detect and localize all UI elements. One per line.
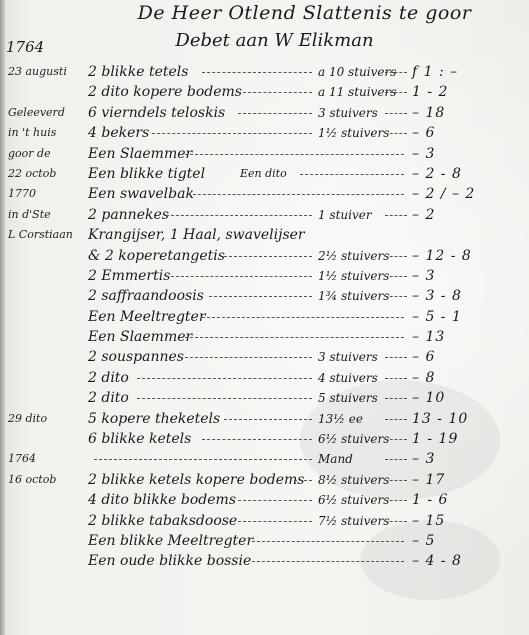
ledger-row: 2 blikke tabaksdoose7½ stuivers– 15 — [0, 511, 529, 531]
leader-dashes — [238, 92, 312, 93]
leader-dashes — [238, 521, 312, 522]
leader-dashes — [385, 133, 407, 134]
item-description: 5 kopere theketels — [88, 409, 220, 429]
item-description: Een oude blikke bossie — [88, 551, 251, 571]
ledger-row: goor deEen Slaemmer– 3 — [0, 144, 529, 164]
leader-dashes — [166, 276, 312, 277]
item-description: 2 Emmertis — [88, 266, 170, 286]
leader-dashes — [385, 398, 407, 399]
item-description: 2 blikke tabaksdoose — [88, 511, 237, 531]
leader-dashes — [385, 357, 407, 358]
margin-note: 1764 — [8, 449, 86, 469]
item-description: 2 pannekes — [88, 205, 169, 225]
leader-dashes — [385, 439, 407, 440]
leader-dashes — [180, 337, 404, 338]
leader-dashes — [385, 378, 407, 379]
margin-note: Geleeverd — [8, 103, 86, 123]
line-amount: – 3 - 8 — [412, 286, 512, 306]
margin-note: goor de — [8, 144, 86, 164]
ledger-row: 29 dito5 kopere theketels13½ ee13 - 10 — [0, 409, 529, 429]
ledger-row: in d'Ste2 pannekes1 stuiver– 2 — [0, 205, 529, 225]
leader-dashes — [385, 92, 407, 93]
item-description: 6 blikke ketels — [88, 429, 191, 449]
leader-dashes — [252, 541, 404, 542]
leader-dashes — [224, 256, 312, 257]
leader-dashes — [385, 113, 407, 114]
item-description: Een Slaemmer — [88, 327, 192, 347]
line-amount: – 2 - 8 — [412, 164, 512, 184]
line-amount: – 3 — [412, 449, 512, 469]
line-amount: – 3 — [412, 266, 512, 286]
leader-dashes — [385, 521, 407, 522]
item-description: Een blikke Meeltregter — [88, 531, 253, 551]
line-amount: – 15 — [412, 511, 512, 531]
item-description: 2 saffraandoosis — [88, 286, 204, 306]
line-amount: 13 - 10 — [412, 409, 512, 429]
ledger-row: 2 dito5 stuivers– 10 — [0, 388, 529, 408]
leader-dashes — [188, 194, 404, 195]
ledger-entries: 23 augusti2 blikke tetelsa 10 stuiversf … — [0, 62, 529, 572]
item-description: Een swavelbak — [88, 184, 194, 204]
leader-dashes — [385, 419, 407, 420]
document-subtitle: Debet aan W Elikman — [10, 30, 529, 51]
leader-dashes — [385, 256, 407, 257]
ledger-row: 2 saffraandoosis1¾ stuivers– 3 - 8 — [0, 286, 529, 306]
line-amount: – 5 — [412, 531, 512, 551]
margin-note: 1770 — [8, 184, 86, 204]
item-description: 2 souspannes — [88, 347, 184, 367]
leader-dashes — [152, 133, 312, 134]
leader-dashes — [385, 459, 407, 460]
leader-dashes — [294, 480, 312, 481]
line-amount: – 13 — [412, 327, 512, 347]
item-description: 2 dito — [88, 388, 129, 408]
leader-dashes — [385, 215, 407, 216]
ledger-row: Een Meeltregter– 5 - 1 — [0, 307, 529, 327]
leader-dashes — [224, 419, 312, 420]
leader-dashes — [137, 378, 312, 379]
item-note: Een dito — [240, 164, 287, 184]
item-description: 6 vierndels teloskis — [88, 103, 225, 123]
item-description: 4 bekers — [88, 123, 149, 143]
line-amount: 1 - 6 — [412, 490, 512, 510]
leader-dashes — [385, 72, 407, 73]
line-amount: – 2 — [412, 205, 512, 225]
leader-dashes — [385, 480, 407, 481]
ledger-row: in 't huis4 bekers1½ stuivers– 6 — [0, 123, 529, 143]
ledger-row: 2 souspannes3 stuivers– 6 — [0, 347, 529, 367]
ledger-row: & 2 koperetangetis2½ stuivers– 12 - 8 — [0, 246, 529, 266]
item-description: 2 blikke tetels — [88, 62, 188, 82]
document-title: De Heer Otlend Slattenis te goor — [40, 2, 529, 24]
line-amount: – 5 - 1 — [412, 307, 512, 327]
ledger-row: 2 dito kopere bodemsa 11 stuivers1 - 2 — [0, 82, 529, 102]
ledger-row: Geleeverd6 vierndels teloskis3 stuivers–… — [0, 103, 529, 123]
item-description: 4 dito blikke bodems — [88, 490, 236, 510]
leader-dashes — [94, 459, 312, 460]
line-amount: 1 - 19 — [412, 429, 512, 449]
ledger-row: Een Slaemmer– 13 — [0, 327, 529, 347]
ledger-row: 23 augusti2 blikke tetelsa 10 stuiversf … — [0, 62, 529, 82]
year-heading: 1764 — [6, 38, 44, 56]
line-amount: – 3 — [412, 144, 512, 164]
line-amount: – 6 — [412, 347, 512, 367]
leader-dashes — [137, 398, 312, 399]
leader-dashes — [252, 561, 404, 562]
line-amount: – 12 - 8 — [412, 246, 512, 266]
item-description: Een blikke tigtel — [88, 164, 205, 184]
margin-note: 29 dito — [8, 409, 86, 429]
leader-dashes — [180, 357, 312, 358]
line-amount: – 8 — [412, 368, 512, 388]
leader-dashes — [202, 317, 404, 318]
line-amount: – 10 — [412, 388, 512, 408]
line-amount: 1 - 2 — [412, 82, 512, 102]
leader-dashes — [385, 296, 407, 297]
item-description: Een Slaemmer — [88, 144, 192, 164]
line-amount: f 1 : – — [412, 62, 512, 82]
ledger-row: L CorstiaanKrangijser, 1 Haal, swavelijs… — [0, 225, 529, 245]
ledger-row: 2 Emmertis1½ stuivers– 3 — [0, 266, 529, 286]
leader-dashes — [385, 500, 407, 501]
leader-dashes — [202, 72, 312, 73]
leader-dashes — [238, 113, 312, 114]
leader-dashes — [180, 154, 404, 155]
margin-note: 22 octob — [8, 164, 86, 184]
ledger-row: Een oude blikke bossie– 4 - 8 — [0, 551, 529, 571]
ledger-row: 1770Een swavelbak– 2 / – 2 — [0, 184, 529, 204]
leader-dashes — [166, 215, 312, 216]
leader-dashes — [385, 276, 407, 277]
margin-note: 23 augusti — [8, 62, 86, 82]
item-description: 2 dito — [88, 368, 129, 388]
leader-dashes — [202, 439, 312, 440]
line-amount: – 6 — [412, 123, 512, 143]
ledger-row: Een blikke Meeltregter– 5 — [0, 531, 529, 551]
leader-dashes — [209, 296, 312, 297]
line-amount: – 4 - 8 — [412, 551, 512, 571]
line-amount: – 17 — [412, 470, 512, 490]
ledger-row: 4 dito blikke bodems6½ stuivers1 - 6 — [0, 490, 529, 510]
margin-note: L Corstiaan — [8, 225, 86, 245]
ledger-row: 2 dito4 stuivers– 8 — [0, 368, 529, 388]
margin-note: in d'Ste — [8, 205, 86, 225]
margin-note: in 't huis — [8, 123, 86, 143]
item-description: 2 blikke ketels kopere bodems — [88, 470, 304, 490]
ledger-page: De Heer Otlend Slattenis te goor Debet a… — [0, 0, 529, 635]
leader-dashes — [300, 174, 404, 175]
line-amount: – 2 / – 2 — [412, 184, 512, 204]
item-description: 2 dito kopere bodems — [88, 82, 242, 102]
ledger-row: 16 octob2 blikke ketels kopere bodems8½ … — [0, 470, 529, 490]
ledger-row: 1764Mand– 3 — [0, 449, 529, 469]
item-description: & 2 koperetangetis — [88, 246, 225, 266]
line-amount: – 18 — [412, 103, 512, 123]
ledger-row: 6 blikke ketels6½ stuivers1 - 19 — [0, 429, 529, 449]
ledger-row: 22 octobEen blikke tigtelEen dito– 2 - 8 — [0, 164, 529, 184]
leader-dashes — [238, 500, 312, 501]
item-description: Krangijser, 1 Haal, swavelijser — [88, 225, 305, 245]
margin-note: 16 octob — [8, 470, 86, 490]
item-description: Een Meeltregter — [88, 307, 206, 327]
